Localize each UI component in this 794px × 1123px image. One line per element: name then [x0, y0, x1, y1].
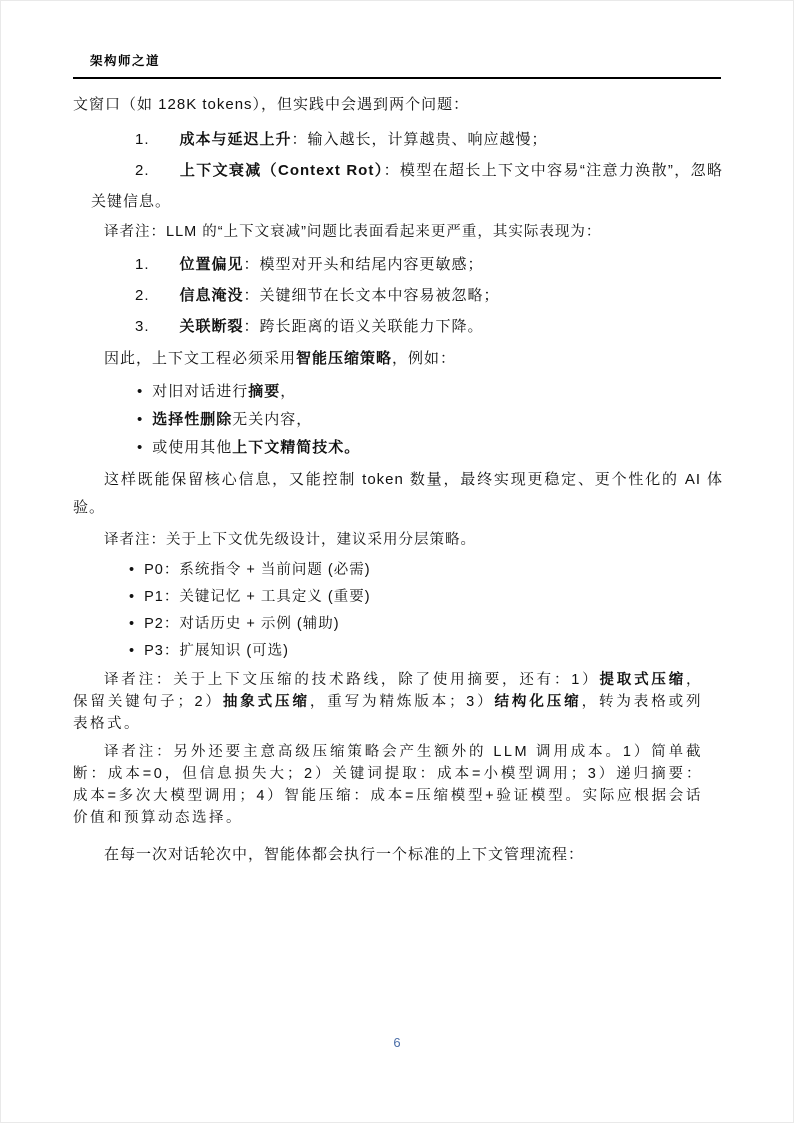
text-run: ：关键细节在长文本中容易被忽略；: [244, 287, 500, 304]
list-item-text: 选择性删除无关内容，: [152, 411, 312, 428]
bullet-icon: •: [129, 616, 135, 632]
text-run: 选择性删除: [152, 411, 232, 428]
list-item: 2.信息淹没：关键细节在长文本中容易被忽略；: [73, 280, 723, 311]
page-header: 架构师之道: [73, 51, 721, 79]
text-run: ：模型对开头和结尾内容更敏感；: [244, 256, 484, 273]
text-run: 提取式压缩: [599, 672, 686, 688]
bullet-icon: •: [129, 643, 135, 659]
list-item: 1.成本与延迟上升：输入越长，计算越贵、响应越慢；: [73, 124, 723, 155]
list-item-text: P0：系统指令 + 当前问题 (必需): [144, 562, 370, 578]
paragraph-intro: 文窗口（如 128K tokens），但实践中会遇到两个问题：: [73, 91, 723, 119]
text-run: 信息淹没: [180, 287, 244, 304]
list-item-number: 2.: [135, 287, 150, 304]
text-run: ，: [280, 383, 296, 400]
bullet-list-priorities: •P0：系统指令 + 当前问题 (必需) •P1：关键记忆 + 工具定义 (重要…: [73, 557, 723, 665]
list-item-text: 对旧对话进行摘要，: [152, 383, 296, 400]
bullet-icon: •: [137, 439, 143, 456]
list-item: 3.关联断裂：跨长距离的语义关联能力下降。: [73, 311, 723, 342]
document-header-title: 架构师之道: [90, 54, 160, 68]
document-page: 架构师之道 文窗口（如 128K tokens），但实践中会遇到两个问题： 1.…: [0, 0, 794, 1123]
list-item: •P3：扩展知识 (可选): [73, 638, 723, 665]
list-item-text: 上下文衰减（Context Rot）：模型在超长上下文中容易“注意力涣散”，忽略…: [91, 162, 723, 210]
text-run: 抽象式压缩: [223, 694, 310, 710]
list-item: •P1：关键记忆 + 工具定义 (重要): [73, 584, 723, 611]
text-run: 因此，上下文工程必须采用: [104, 350, 296, 367]
translator-note-1: 译者注：LLM 的“上下文衰减”问题比表面看起来更严重，其实际表现为：: [73, 220, 723, 245]
list-item-text: 信息淹没：关键细节在长文本中容易被忽略；: [180, 287, 500, 304]
bullet-icon: •: [129, 562, 135, 578]
text-run: ：输入越长，计算越贵、响应越慢；: [292, 131, 548, 148]
text-run: 关联断裂: [180, 318, 244, 335]
text-run: 结构化压缩: [495, 694, 582, 710]
text-run: 上下文精简技术。: [232, 439, 360, 456]
list-item: 1.位置偏见：模型对开头和结尾内容更敏感；: [73, 249, 723, 280]
document-body: 文窗口（如 128K tokens），但实践中会遇到两个问题： 1.成本与延迟上…: [73, 91, 723, 874]
text-run: 智能压缩策略: [296, 350, 392, 367]
text-run: 上下文衰减（Context Rot）: [180, 162, 384, 179]
list-item-text: 位置偏见：模型对开头和结尾内容更敏感；: [180, 256, 484, 273]
list-item-number: 3.: [135, 318, 150, 335]
translator-note-4: 译者注：另外还要主意高级压缩策略会产生额外的 LLM 调用成本。1）简单截断：成…: [73, 741, 723, 829]
numbered-list-symptoms: 1.位置偏见：模型对开头和结尾内容更敏感； 2.信息淹没：关键细节在长文本中容易…: [73, 249, 723, 342]
list-item-number: 2.: [135, 162, 150, 179]
bullet-icon: •: [137, 383, 143, 400]
paragraph-benefit: 这样既能保留核心信息，又能控制 token 数量，最终实现更稳定、更个性化的 A…: [73, 466, 723, 522]
bullet-list-strategies: •对旧对话进行摘要， •选择性删除无关内容， •或使用其他上下文精简技术。: [73, 378, 723, 462]
translator-note-3: 译者注：关于上下文压缩的技术路线，除了使用摘要，还有：1）提取式压缩，保留关键句…: [73, 669, 723, 735]
list-item-number: 1.: [135, 256, 150, 273]
list-item: •或使用其他上下文精简技术。: [73, 434, 723, 462]
text-run: 对旧对话进行: [152, 383, 248, 400]
text-run: 摘要: [248, 383, 280, 400]
text-run: 成本与延迟上升: [180, 131, 292, 148]
list-item: •选择性删除无关内容，: [73, 406, 723, 434]
page-footer: 6: [1, 1034, 793, 1052]
text-run: 无关内容，: [232, 411, 312, 428]
text-run: 位置偏见: [180, 256, 244, 273]
translator-note-2: 译者注：关于上下文优先级设计，建议采用分层策略。: [73, 528, 723, 553]
text-run: ：跨长距离的语义关联能力下降。: [244, 318, 484, 335]
text-run: ，重写为精炼版本；3）: [310, 694, 495, 710]
text-run: 或使用其他: [152, 439, 232, 456]
bullet-icon: •: [129, 589, 135, 605]
list-item: •P2：对话历史 + 示例 (辅助): [73, 611, 723, 638]
paragraph-therefore: 因此，上下文工程必须采用智能压缩策略，例如：: [73, 345, 723, 373]
list-item-text: P3：扩展知识 (可选): [144, 643, 289, 659]
list-item: •P0：系统指令 + 当前问题 (必需): [73, 557, 723, 584]
list-item-number: 1.: [135, 131, 150, 148]
list-item: •对旧对话进行摘要，: [73, 378, 723, 406]
text-run: ，例如：: [392, 350, 456, 367]
text-run: 译者注：关于上下文压缩的技术路线，除了使用摘要，还有：1）: [104, 672, 599, 688]
list-item-text: 或使用其他上下文精简技术。: [152, 439, 360, 456]
list-item-text: 关联断裂：跨长距离的语义关联能力下降。: [180, 318, 484, 335]
list-item-text: 成本与延迟上升：输入越长，计算越贵、响应越慢；: [180, 131, 548, 148]
bullet-icon: •: [137, 411, 143, 428]
page-number: 6: [393, 1035, 400, 1050]
paragraph-final: 在每一次对话轮次中，智能体都会执行一个标准的上下文管理流程：: [73, 841, 723, 869]
list-item-text: P2：对话历史 + 示例 (辅助): [144, 616, 339, 632]
list-item-text: P1：关键记忆 + 工具定义 (重要): [144, 589, 370, 605]
list-item: 2.上下文衰减（Context Rot）：模型在超长上下文中容易“注意力涣散”，…: [73, 155, 723, 217]
numbered-list-problems: 1.成本与延迟上升：输入越长，计算越贵、响应越慢； 2.上下文衰减（Contex…: [73, 124, 723, 217]
